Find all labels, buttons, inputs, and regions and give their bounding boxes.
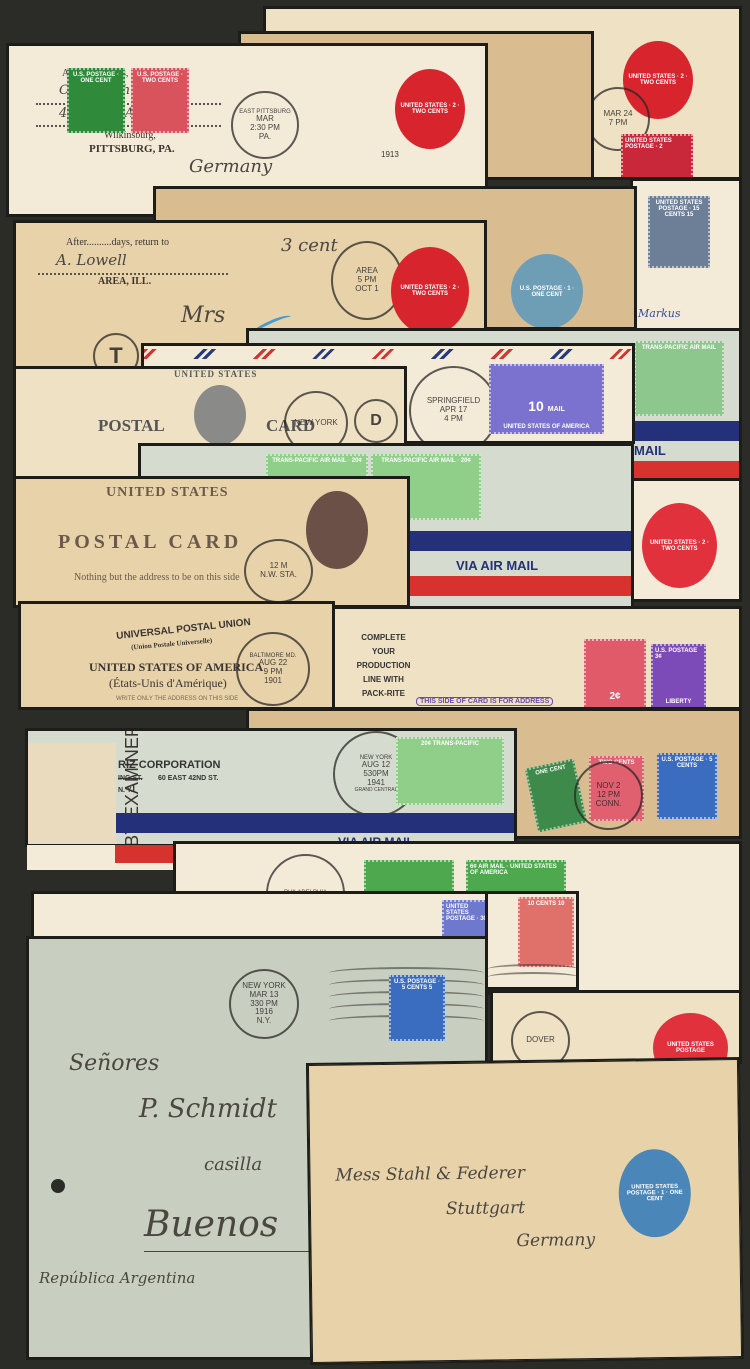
card-title-left: POSTAL [98,416,165,436]
blue-5-cent-stamp: U.S. POSTAGE · 5 CENTS 5 [389,975,445,1041]
blue-stripe [116,813,514,833]
red-2-cent-indicia: UNITED STATES · 2 · TWO CENTS [642,503,717,588]
address-line-5: República Argentina [39,1269,195,1287]
address-line-4: Buenos [144,1204,278,1245]
address-line-2: P. Schmidt [139,1094,277,1124]
address-line-3: casilla [204,1154,262,1175]
mail-label: MAIL [634,443,666,458]
trans-pacific-stamp: TRANS-PACIFIC AIR MAIL [634,341,724,416]
pack-rite-card: COMPLETE YOUR PRODUCTION LINE WITH PACK-… [333,608,740,708]
new-york-postmark: NEW YORK MAR 13 330 PM 1916 N.Y. [229,969,299,1039]
fifteen-cent-cover: UNITED STATES POSTAGE · 15 CENTS 15 Mark… [632,180,740,330]
springfield-postmark: SPRINGFIELD APR 17 4 PM [409,366,498,442]
signature: Markus [638,307,680,320]
note: 3 cent [281,235,338,256]
d-cancel-icon: D [354,399,398,443]
punch-hole [51,1179,65,1193]
address-line-3: Germany [516,1230,595,1251]
red-2-cent-stamp: UNITED STATES POSTAGE · 2 [621,134,693,178]
upu-line-4: (États-Unis d'Amérique) [109,676,227,691]
upu-postal-card: UNIVERSAL POSTAL UNION (Union Postale Un… [20,603,333,708]
address-line-1: Mess Stahl & Federer [335,1163,525,1186]
east-pittsburg-postmark: EAST PITTSBURG MAR 2:30 PM PA. [231,91,299,159]
address: Germany [189,156,272,177]
address: Mrs [181,303,225,328]
prexie-stamps-cover-right: 10 CENTS 10 [487,893,577,988]
city: PITTSBURG, PA. [89,143,175,155]
10-cent-prexie-stamp: 10 CENTS 10 [518,897,574,967]
red-stripe [115,845,177,863]
stuttgart-newspaper-wrapper: Mess Stahl & Federer Stuttgart Germany U… [308,1059,742,1363]
airmail-chevron-border [144,349,632,359]
postmark: 12 M N.W. STA. [244,539,313,603]
red-2-cent-stamp: U.S. POSTAGE · TWO CENTS [131,68,189,133]
dover-postmark: DOVER [511,1011,570,1062]
machine-cancel-icon [488,972,577,982]
jefferson-portrait [306,491,368,569]
censor-tape: OPENED BY EXAMINER 8041 [28,743,116,845]
dotted-line [36,103,221,105]
conn-postmark: NOV 2 12 PM CONN. [574,761,643,830]
city: AREA, ILL. [98,276,151,287]
censored-airmail-cover: OPENED BY EXAMINER 8041 RIZ CORPORATION … [27,730,515,845]
blue-1-cent-indicia: U.S. POSTAGE · 1 · ONE CENT [511,254,583,328]
red-2-cent-indicia: UNITED STATES · 2 · TWO CENTS [391,247,469,335]
20-cent-airmail-stamp: 20¢ TRANS-PACIFIC [396,737,504,805]
via-air-mail-label: VIA AIR MAIL [456,558,538,573]
brown-postal-card: UNITED STATES POSTAL CARD Nothing but th… [15,478,408,606]
struck-address: ING ST. [118,775,143,782]
red-indicia-envelope: UNITED STATES · 2 · TWO CENTS [633,480,740,600]
company-address: 60 EAST 42ND ST. [158,775,218,782]
10-cent-airmail-stamp: 10 MAIL UNITED STATES OF AMERICA [489,364,604,434]
address-line-1: Señores [69,1051,159,1076]
blue-1-cent-indicia: UNITED STATES POSTAGE · 1 · ONE CENT [618,1149,691,1238]
address-banner: THIS SIDE OF CARD IS FOR ADDRESS [416,697,553,706]
company-name: RIZ CORPORATION [118,759,220,771]
red-indicia: UNITED STATES POSTAGE [653,1013,728,1062]
company-city: N. Y. [118,787,133,794]
address-line-2: Stuttgart [446,1198,525,1219]
censored-cover-lower [27,845,177,870]
red-2-cent-indicia: UNITED STATES · 2 · TWO CENTS [395,69,465,149]
portrait-vignette [194,385,246,445]
card-header: UNITED STATES [174,369,257,379]
t-postage-due-mark: T [93,333,139,367]
baltimore-postmark: BALTIMORE MD. AUG 22 9 PM 1901 [236,632,310,706]
green-1-cent-stamp: U.S. POSTAGE · ONE CENT [67,68,125,133]
15-cent-prexie-stamp: UNITED STATES POSTAGE · 15 CENTS 15 [648,196,710,268]
blue-5-cent-stamp: U.S. POSTAGE · 5 CENTS [657,753,717,819]
card-header: UNITED STATES [106,485,229,501]
postmark-year: 1913 [381,150,399,159]
liberty-3-cent-stamp: U.S. POSTAGE 3¢ LIBERTY [651,644,706,708]
dotted-line [38,273,228,275]
return-name: A. Lowell [56,251,127,269]
2-cent-jefferson-stamp: 2¢ [584,639,646,708]
return-line: After..........days, return to [66,237,169,248]
card-instruction: Nothing but the address to be on this si… [74,572,240,583]
dotted-line [36,125,221,127]
card-title: POSTAL CARD [58,531,242,554]
ad-text: COMPLETE YOUR PRODUCTION LINE WITH PACK-… [346,631,421,701]
dover-envelope: DOVER UNITED STATES POSTAGE [492,992,740,1062]
upu-line-5: WRITE ONLY THE ADDRESS ON THIS SIDE [116,696,238,702]
